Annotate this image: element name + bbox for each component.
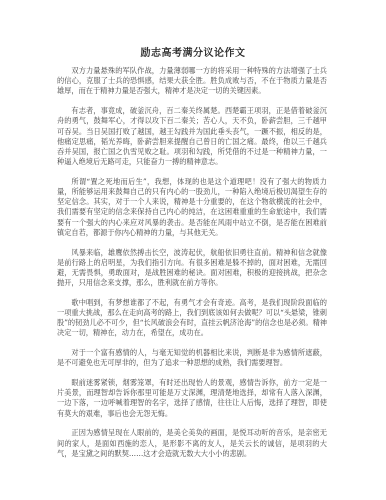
paragraph-5: 歌中唱到，有梦想谁都了不起，有勇气才会有奇迹。高考，是我们现阶段面临的一项重大挑…	[57, 298, 327, 339]
paragraph-2: 有志者，事竟成，破釜沉舟，百二秦关终属楚。西楚霸王项羽，正是借着破釜沉舟的勇气，…	[57, 106, 327, 167]
document-title: 励志高考满分议论作文	[0, 44, 386, 59]
paragraph-8: 正因为感情呈现在人眼前的，是美仑美奂的画面，是悦耳动听的音乐，是亲密无间的家人，…	[57, 428, 327, 459]
paragraph-7: 眼前迷雾紧锁，烟雾笼罩，有时还出现怡人的景观，感情告诉你，前方一定是一片美景，而…	[57, 378, 327, 419]
paragraph-6: 对于一个富有感情的人，与毫无知觉的机器相比来说，判断是非为感情所遮蔽，是不可避免…	[57, 348, 327, 368]
paragraph-3: 所谓“置之死地而后生”，我想，体现的也是这个道理吧！没有了强大的物质力量，所能够…	[57, 177, 327, 238]
paragraph-1: 双方力量悬殊的军队作战，力量薄弱哪一方的将采用一种特殊的方法增强了士兵的信心，克…	[57, 66, 327, 97]
document-page: 励志高考满分议论作文 双方力量悬殊的军队作战，力量薄弱哪一方的将采用一种特殊的方…	[0, 0, 386, 500]
document-body: 双方力量悬殊的军队作战，力量薄弱哪一方的将采用一种特殊的方法增强了士兵的信心，克…	[57, 66, 327, 469]
paragraph-4: 风暴来临，雄鹰依然搏击长空，波涛起伏，航船依旧勇往直前。精神和信念就像是前行路上…	[57, 248, 327, 289]
